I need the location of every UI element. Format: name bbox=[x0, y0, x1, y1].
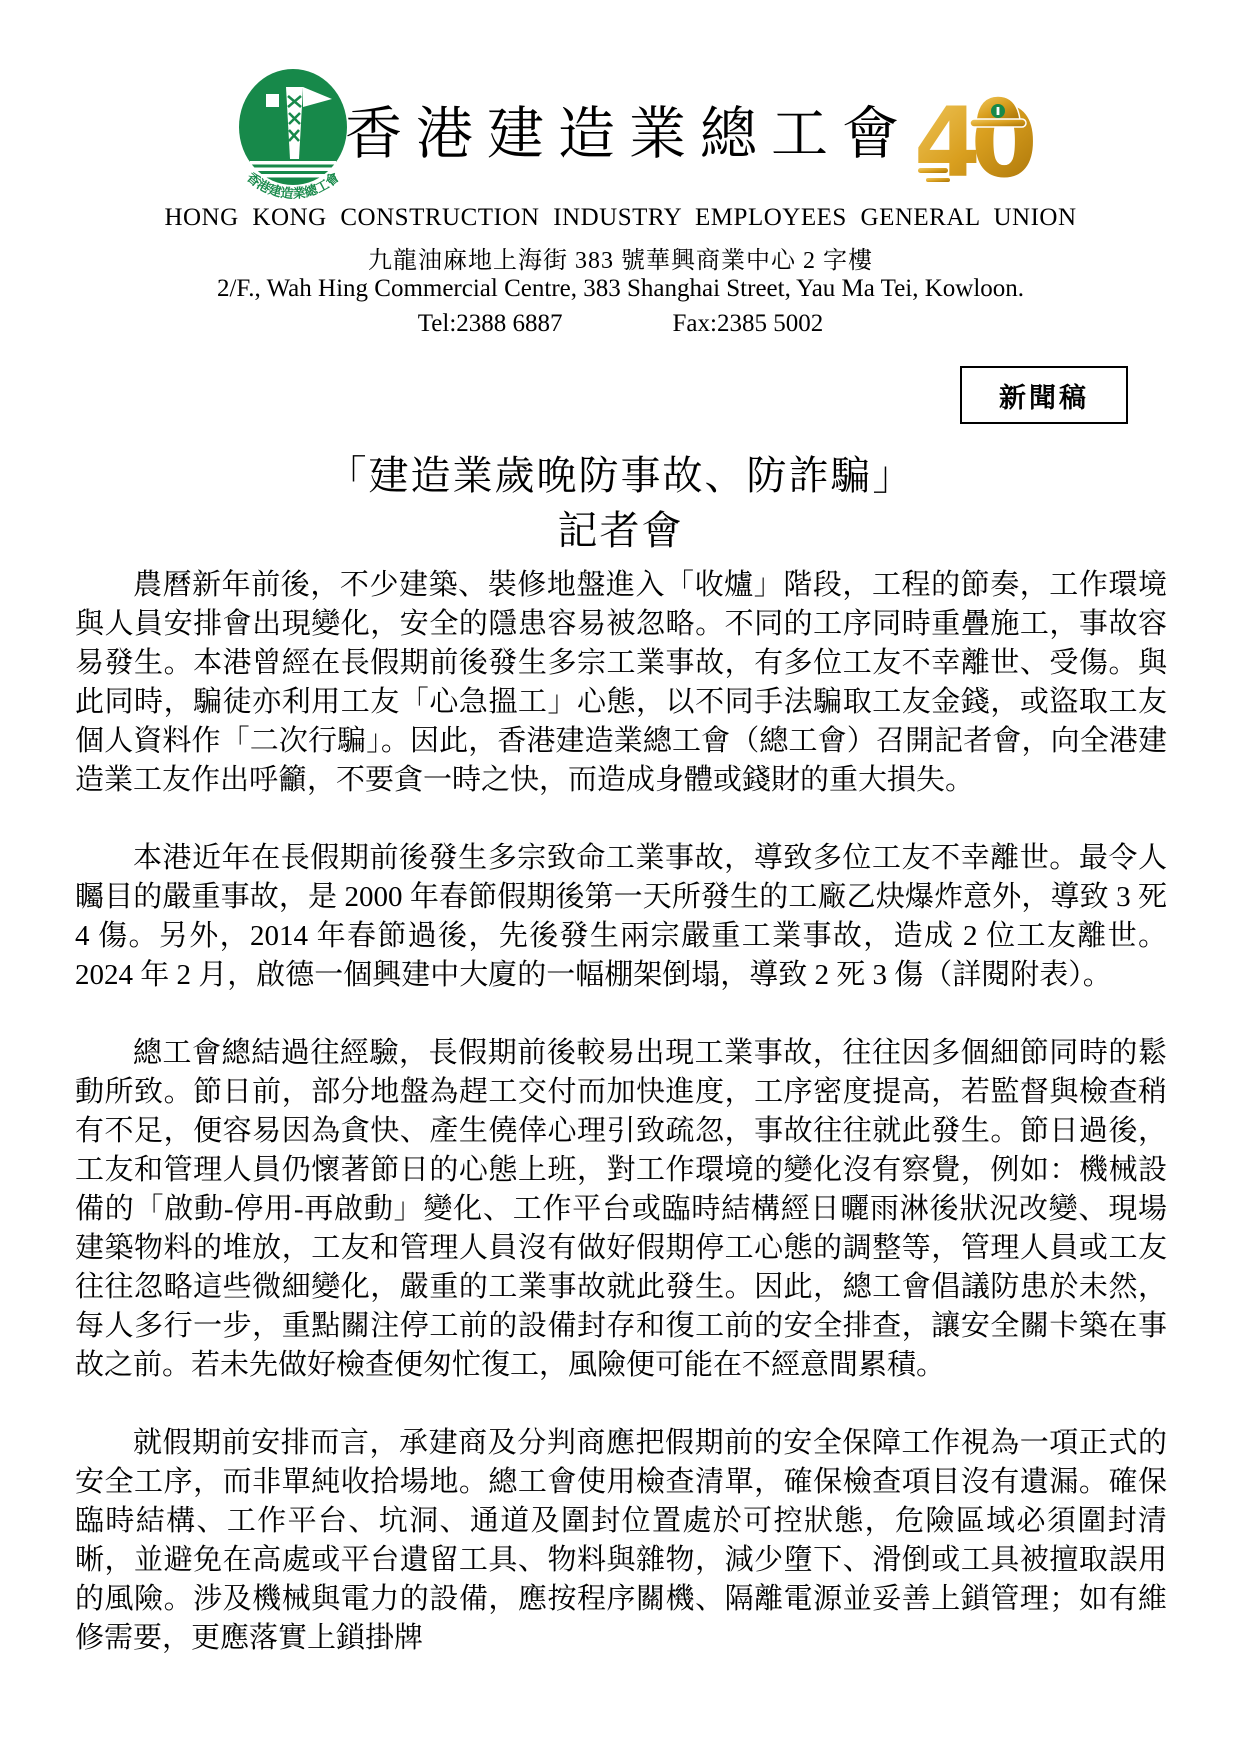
body-paragraph-1: 農曆新年前後，不少建築、裝修地盤進入「收爐」階段，工程的節奏，工作環境與人員安排… bbox=[75, 566, 1167, 800]
press-release-box: 新聞稿 bbox=[960, 366, 1128, 424]
address-zh: 九龍油麻地上海街 383 號華興商業中心 2 字樓 bbox=[0, 240, 1241, 275]
org-name-en: HONG KONG CONSTRUCTION INDUSTRY EMPLOYEE… bbox=[0, 204, 1241, 232]
union-crane-emblem-icon: 香港建造業總工會 bbox=[226, 66, 360, 208]
headline-line2: 記者會 bbox=[0, 499, 1241, 556]
address-en: 2/F., Wah Hing Commercial Centre, 383 Sh… bbox=[0, 275, 1241, 303]
press-release-label: 新聞稿 bbox=[999, 376, 1089, 415]
tel-number: Tel:2388 6887 bbox=[418, 310, 563, 338]
body-paragraph-4: 就假期前安排而言，承建商及分判商應把假期前的安全保障工作視為一項正式的安全工序，… bbox=[75, 1424, 1167, 1658]
headline-line1: 「建造業歲晚防事故、防詐騙」 bbox=[0, 444, 1241, 501]
body-paragraph-2: 本港近年在長假期前後發生多宗致命工業事故，導致多位工友不幸離世。最令人矚目的嚴重… bbox=[75, 839, 1167, 995]
org-title-zh: 香港建造業總工會 bbox=[345, 88, 913, 170]
fax-number: Fax:2385 5002 bbox=[673, 310, 824, 338]
contact-line: Tel:2388 6887 Fax:2385 5002 bbox=[0, 310, 1241, 338]
press-release-page: 香港建造業總工會 香港建造業總工會 40 HONG KONG CONSTRUCT… bbox=[0, 0, 1241, 1755]
anniversary-40-icon: 40 bbox=[918, 84, 1034, 192]
body-paragraph-3: 總工會總結過往經驗，長假期前後較易出現工業事故，往往因多個細節同時的鬆動所致。節… bbox=[75, 1034, 1167, 1385]
anniversary-number: 40 bbox=[918, 87, 1034, 192]
document-body: 農曆新年前後，不少建築、裝修地盤進入「收爐」階段，工程的節奏，工作環境與人員安排… bbox=[75, 566, 1167, 1697]
